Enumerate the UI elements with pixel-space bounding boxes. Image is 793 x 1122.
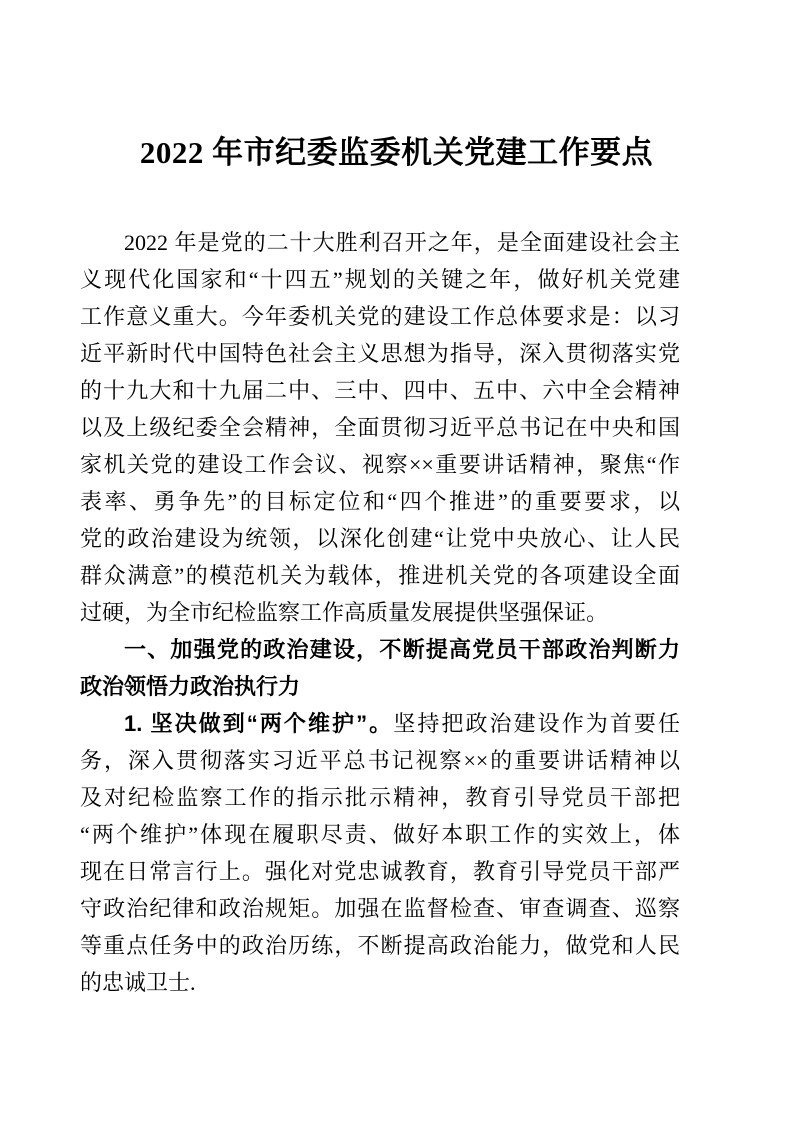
text-line: 过硬，为全市纪检监察工作高质量发展提供坚强保证。 [80,594,680,631]
bold-text-run: 政治领悟力政治执行力 [80,674,300,699]
text-line: 2022 年是党的二十大胜利召开之年，是全面建设社会主 [80,224,680,261]
text-line: 务，深入贯彻落实习近平总书记视察××的重要讲话精神以 [80,742,680,779]
text-run: 表率、勇争先”的目标定位和“四个推进”的重要要求，以 [80,489,680,514]
text-run: 守政治纪律和政治规矩。加强在监督检查、审查调查、巡察 [80,896,680,921]
document-title: 2022 年市纪委监委机关党建工作要点 [0,128,793,178]
text-line: 工作意义重大。今年委机关党的建设工作总体要求是：以习 [80,298,680,335]
document-page: 2022 年市纪委监委机关党建工作要点 2022 年是党的二十大胜利召开之年，是… [0,0,793,1122]
text-line: 义现代化国家和“十四五”规划的关键之年，做好机关党建 [80,261,680,298]
text-run: 家机关党的建设工作会议、视察××重要讲话精神，聚焦“作 [80,452,680,477]
text-line: 家机关党的建设工作会议、视察××重要讲话精神，聚焦“作 [80,446,680,483]
text-run: 的十九大和十九届二中、三中、四中、五中、六中全会精神 [80,378,680,403]
text-run: 及对纪检监察工作的指示批示精神，教育引导党员干部把 [80,785,680,810]
text-run: 的忠诚卫士. [80,970,196,995]
text-run: 群众满意”的模范机关为载体，推进机关党的各项建设全面 [80,563,680,588]
text-run: 现在日常言行上。强化对党忠诚教育，教育引导党员干部严 [80,859,680,884]
text-line: 守政治纪律和政治规矩。加强在监督检查、审查调查、巡察 [80,890,680,927]
text-run: 党的政治建设为统领，以深化创建“让党中央放心、让人民 [80,526,680,551]
text-line: 及对纪检监察工作的指示批示精神，教育引导党员干部把 [80,779,680,816]
text-run: 坚持把政治建设作为首要任 [393,711,680,736]
bold-text-run: 一、加强党的政治建设，不断提高党员干部政治判断力 [124,637,680,662]
heading-line: 政治领悟力政治执行力 [80,668,680,705]
document-body: 2022 年是党的二十大胜利召开之年，是全面建设社会主义现代化国家和“十四五”规… [80,224,680,1001]
text-run: 义现代化国家和“十四五”规划的关键之年，做好机关党建 [80,267,680,292]
text-run: 工作意义重大。今年委机关党的建设工作总体要求是：以习 [80,304,680,329]
bold-text-run: 1. 坚决做到“两个维护”。 [124,711,393,736]
text-run: “两个维护”体现在履职尽责、做好本职工作的实效上，体 [80,822,680,847]
text-line: 1. 坚决做到“两个维护”。坚持把政治建设作为首要任 [80,705,680,742]
text-run: 务，深入贯彻落实习近平总书记视察××的重要讲话精神以 [80,748,680,773]
text-line: 的忠诚卫士. [80,964,680,1001]
text-run: 近平新时代中国特色社会主义思想为指导，深入贯彻落实党 [80,341,680,366]
text-line: 的十九大和十九届二中、三中、四中、五中、六中全会精神 [80,372,680,409]
text-line: 群众满意”的模范机关为载体，推进机关党的各项建设全面 [80,557,680,594]
text-line: 近平新时代中国特色社会主义思想为指导，深入贯彻落实党 [80,335,680,372]
text-run: 过硬，为全市纪检监察工作高质量发展提供坚强保证。 [80,600,608,625]
text-line: 以及上级纪委全会精神，全面贯彻习近平总书记在中央和国 [80,409,680,446]
text-line: “两个维护”体现在履职尽责、做好本职工作的实效上，体 [80,816,680,853]
text-line: 等重点任务中的政治历练，不断提高政治能力，做党和人民 [80,927,680,964]
heading-line: 一、加强党的政治建设，不断提高党员干部政治判断力 [80,631,680,668]
text-run: 2022 年是党的二十大胜利召开之年，是全面建设社会主 [124,230,680,255]
text-line: 现在日常言行上。强化对党忠诚教育，教育引导党员干部严 [80,853,680,890]
text-run: 等重点任务中的政治历练，不断提高政治能力，做党和人民 [80,933,680,958]
text-line: 表率、勇争先”的目标定位和“四个推进”的重要要求，以 [80,483,680,520]
text-run: 以及上级纪委全会精神，全面贯彻习近平总书记在中央和国 [80,415,680,440]
text-line: 党的政治建设为统领，以深化创建“让党中央放心、让人民 [80,520,680,557]
